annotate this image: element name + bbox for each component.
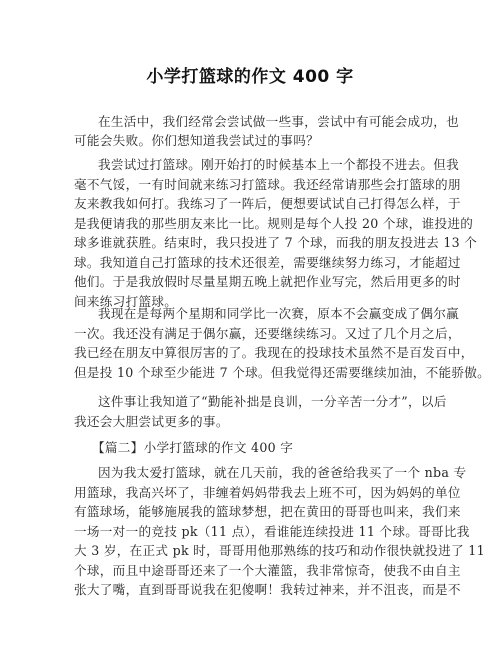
paragraph-1-line-1: 在生活中，我们经常会尝试做一些事，尝试中有可能会成功，也 (98, 112, 459, 132)
paragraph-3-line-3: 我已经在朋友中算很厉害的了。我现在的投球技术虽然不是百发百中， (74, 343, 474, 363)
paragraph-2-line-3: 友来教我如何打。我练习了一阵后，便想要试试自己打得怎么样，于 (74, 194, 461, 214)
paragraph-4-line-1: 这件事让我知道了“勤能补拙是良训，一分辛苦一分才”，以后 (98, 392, 447, 412)
paragraph-3-line-4: 但是投 10 个球至少能进 7 个球。但我觉得还需要继续加油，不能骄傲。 (74, 363, 490, 383)
section-two-heading: 【篇二】小学打篮球的作文 400 字 (92, 438, 293, 458)
document-page: 小学打篮球的作文 400 字 在生活中，我们经常会尝试做一些事，尝试中有可能会成… (0, 0, 500, 647)
paragraph-4-line-2: 我还会大胆尝试更多的事。 (74, 412, 229, 432)
paragraph-6-line-1: 因为我太爱打篮球，就在几天前，我的爸爸给我买了一个 nba 专 (98, 463, 466, 483)
paragraph-2-line-6: 球。我知道自己打篮球的技术还很差，需要继续努力练习，才能超过 (74, 253, 461, 273)
paragraph-6-line-3: 有篮球场，能够施展我的篮球梦想，把在黄田的哥哥也叫来，我们来 (74, 502, 461, 522)
paragraph-6-line-7: 张大了嘴，直到哥哥说我在犯傻啊！我转过神来，并不沮丧，而是不 (74, 580, 461, 600)
paragraph-3-line-2: 一次。我还没有满足于偶尔赢，还要继续练习。又过了几个月之后， (74, 324, 461, 344)
paragraph-2-line-4: 是我便请我的那些朋友来比一比。规则是每个人投 20 个球，谁投进的 (74, 214, 473, 234)
paragraph-2-line-2: 毫不气馁，一有时间就来练习打篮球。我还经常请那些会打篮球的朋 (74, 175, 461, 195)
paragraph-6-line-2: 用篮球，我高兴坏了，非缠着妈妈带我去上班不可，因为妈妈的单位 (74, 483, 461, 503)
paragraph-3-line-1: 我现在是每两个星期和同学比一次赛，原本不会赢变成了偶尔赢 (98, 304, 459, 324)
document-title: 小学打篮球的作文 400 字 (0, 62, 500, 87)
paragraph-2-line-7: 他们。于是我放假时尽量星期五晚上就把作业写完，然后用更多的时 (74, 272, 461, 292)
paragraph-6-line-4: 一场一对一的竞技 pk（11 点），看谁能连续投进 11 个球。哥哥比我 (74, 522, 470, 542)
paragraph-6-line-6: 个球，而且中途哥哥还来了一个大灌篮，我非常惊奇，使我不由自主 (74, 561, 461, 581)
paragraph-2-line-5: 球多谁就获胜。结束时，我只投进了 7 个球，而我的朋友投进去 13 个 (74, 233, 477, 253)
paragraph-1-line-2: 可能会失败。你们想知道我尝试过的事吗？ (74, 131, 319, 151)
paragraph-6-line-5: 大 3 岁，在正式 pk 时，哥哥用他那熟练的技巧和动作很快就投进了 11 (74, 541, 485, 561)
paragraph-2-line-1: 我尝试过打篮球。刚开始打的时候基本上一个都投不进去。但我 (98, 155, 459, 175)
